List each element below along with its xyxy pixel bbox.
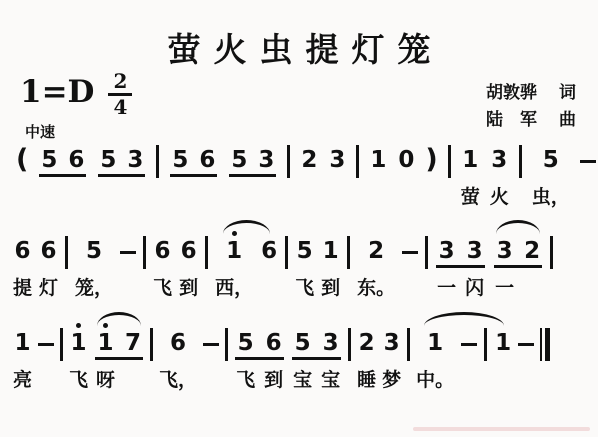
note-digit: 1 [370,147,386,173]
lyricist-role: 词 [559,80,576,107]
note-digit: 5 [543,147,559,173]
note-digit: 7 [125,330,141,356]
octave-dot [76,323,81,328]
barline [225,328,228,361]
lyric-syllable: 亮 [13,368,32,392]
lyric-syllable: 到 [321,276,340,300]
tie-arc [424,312,504,326]
barline [425,236,428,269]
barline [287,145,290,178]
barline [550,236,553,269]
note-digit: 6 [68,147,84,173]
note-digit: 6 [261,238,277,264]
lyric-syllable: 梦 [382,368,401,392]
duration-dash [38,343,54,346]
note-digit: 2 [368,238,384,264]
barline [205,236,208,269]
barline [150,328,153,361]
beam-underline [436,265,485,268]
octave-dot-row [76,321,81,330]
note-cell: 6 [260,229,278,300]
barline [65,236,68,269]
note-cell: 1中。 [416,321,454,392]
beamed-note-group: 53 [228,138,277,209]
barline [407,328,410,361]
lyric-syllable: 飞 [153,276,172,300]
beam-underline [39,174,86,177]
note-digit: 5 [172,147,188,173]
barline [156,145,159,178]
song-title: 萤火虫提灯笼 [0,24,598,71]
duration-dash [461,343,477,346]
barline [448,145,451,178]
note-digit: 5 [86,238,102,264]
lyric-syllable: 提 [13,276,32,300]
note-cell: 6到 [179,229,198,300]
beamed-note-group: 3一2 [493,229,543,300]
beam-underline [95,357,143,360]
note-digit: 2 [301,147,317,173]
note-digit: 6 [15,238,31,264]
note-digit: 0 [398,147,414,173]
barline [519,145,522,178]
barline [347,236,350,269]
note-digit: 6 [266,330,282,356]
beam-underline [229,174,276,177]
note-cell: 1到 [321,229,340,300]
note-cell: 6提 [13,229,32,300]
note-digit: 6 [181,238,197,264]
note-digit: 3 [491,147,507,173]
duration-dash [120,251,136,254]
note-cell: 2东。 [357,229,395,300]
parenthesis: ) [425,145,437,175]
beamed-note-group: 1呀7 [94,321,144,392]
note-digit: 3 [467,238,483,264]
music-system-1: (565356532310)1萤3火5虫， [16,124,598,209]
lyric-syllable: 飞 [295,276,314,300]
barline [285,236,288,269]
final-barline [540,328,550,361]
note-digit: 5 [295,330,311,356]
duration-dash [402,251,418,254]
note-cell: 1萤 [461,138,480,209]
note-cell: 5飞 [295,229,314,300]
note-digit: 6 [170,330,186,356]
lyric-syllable: 飞， [159,368,197,392]
note-digit: 3 [439,238,455,264]
lyric-syllable: 闪 [465,276,484,300]
note-digit: 1 [427,330,443,356]
note-digit: 3 [127,147,143,173]
beamed-note-group: 53 [97,138,146,209]
lyric-syllable: 到 [264,368,283,392]
final-barline-thin [540,328,542,361]
note-cell: 0 [397,138,415,209]
parenthesis: ( [16,145,28,175]
lyric-syllable: 宝 [321,368,340,392]
barline [484,328,487,361]
slur-arc [496,220,540,234]
barline [143,236,146,269]
beam-underline [235,357,284,360]
music-system-2: 6提6灯5笼，6飞6到1西，65飞1到2东。3一3闪3一2 [13,215,553,300]
note-digit: 5 [231,147,247,173]
barline [356,145,359,178]
tie-group: 1西，6 [215,229,278,300]
lyric-syllable: 呀 [96,368,115,392]
pink-highlight-line [413,427,590,431]
note-cell: 2睡 [357,321,376,392]
key-time-signature: 1=D 2 4 [20,68,132,115]
lyric-syllable: 中。 [416,368,454,392]
lyric-syllable: 火 [490,185,509,209]
beamed-note-group: 56 [38,138,87,209]
lyric-syllable: 飞 [69,368,88,392]
lyricist-credit: 胡敦骅 词 [486,80,576,107]
lyric-syllable: 西， [215,276,253,300]
tie-group: 1中。1 [416,321,512,392]
note-digit: 5 [100,147,116,173]
key-signature: 1=D [20,74,94,110]
note-digit: 2 [359,330,375,356]
beam-underline [98,174,145,177]
tie-arc [223,220,270,234]
barline [348,328,351,361]
note-digit: 1 [15,330,31,356]
lyric-syllable: 睡 [357,368,376,392]
lyric-syllable: 笼， [75,276,113,300]
note-digit: 3 [258,147,274,173]
note-digit: 6 [41,238,57,264]
lyric-syllable: 灯 [39,276,58,300]
lyric-syllable: 一 [437,276,456,300]
note-cell: 1 [494,321,512,392]
note-digit: 5 [238,330,254,356]
note-digit: 1 [323,238,339,264]
time-signature: 2 4 [108,71,132,118]
note-cell: 2 [300,138,318,209]
note-cell: 1飞 [69,321,88,392]
duration-dash [518,343,534,346]
barline [60,328,63,361]
note-cell: 1 [369,138,387,209]
note-cell: 1亮 [13,321,32,392]
note-cell: 3 [328,138,346,209]
lyric-syllable: 到 [179,276,198,300]
lyric-syllable: 飞 [236,368,255,392]
lyric-syllable: 虫， [532,185,570,209]
beam-underline [292,357,341,360]
note-digit: 1 [71,330,87,356]
note-digit: 5 [297,238,313,264]
note-digit: 3 [329,147,345,173]
note-cell: 6飞， [159,321,197,392]
note-digit: 6 [199,147,215,173]
final-barline-thick [545,328,550,361]
note-digit: 3 [384,330,400,356]
time-signature-numerator: 2 [108,71,132,96]
beamed-note-group: 3一3闪 [435,229,486,300]
note-digit: 1 [226,238,242,264]
sheet-music-page: 萤火虫提灯笼 1=D 2 4 中速 胡敦骅 词 陆 军 曲 (565356532… [0,0,598,437]
lyric-syllable: 一 [495,276,514,300]
beam-underline [494,265,542,268]
note-digit: 1 [98,330,114,356]
music-system-3: 1亮1飞1呀76飞，5飞6到5宝3宝2睡3梦1中。1 [13,307,550,392]
note-digit: 2 [524,238,540,264]
lyric-syllable: 萤 [461,185,480,209]
lyricist-name: 胡敦骅 [486,80,537,107]
duration-dash [203,343,219,346]
note-cell: 5虫， [532,138,570,209]
note-digit: 5 [41,147,57,173]
note-digit: 1 [495,330,511,356]
note-cell: 6飞 [153,229,172,300]
lyric-syllable: 东。 [357,276,395,300]
lyric-syllable: 宝 [293,368,312,392]
note-digit: 3 [497,238,513,264]
note-cell: 1西， [215,229,253,300]
note-digit: 6 [155,238,171,264]
note-cell: 6灯 [39,229,58,300]
note-cell: 5笼， [75,229,113,300]
note-digit: 1 [462,147,478,173]
time-signature-denominator: 4 [113,96,127,118]
beamed-note-group: 5飞6到 [234,321,285,392]
beamed-note-group: 5宝3宝 [291,321,342,392]
beamed-note-group: 56 [169,138,218,209]
beam-underline [170,174,217,177]
duration-dash [580,160,596,163]
note-cell: 3火 [490,138,509,209]
note-cell: 3梦 [382,321,401,392]
slur-arc [97,312,141,326]
note-digit: 3 [323,330,339,356]
